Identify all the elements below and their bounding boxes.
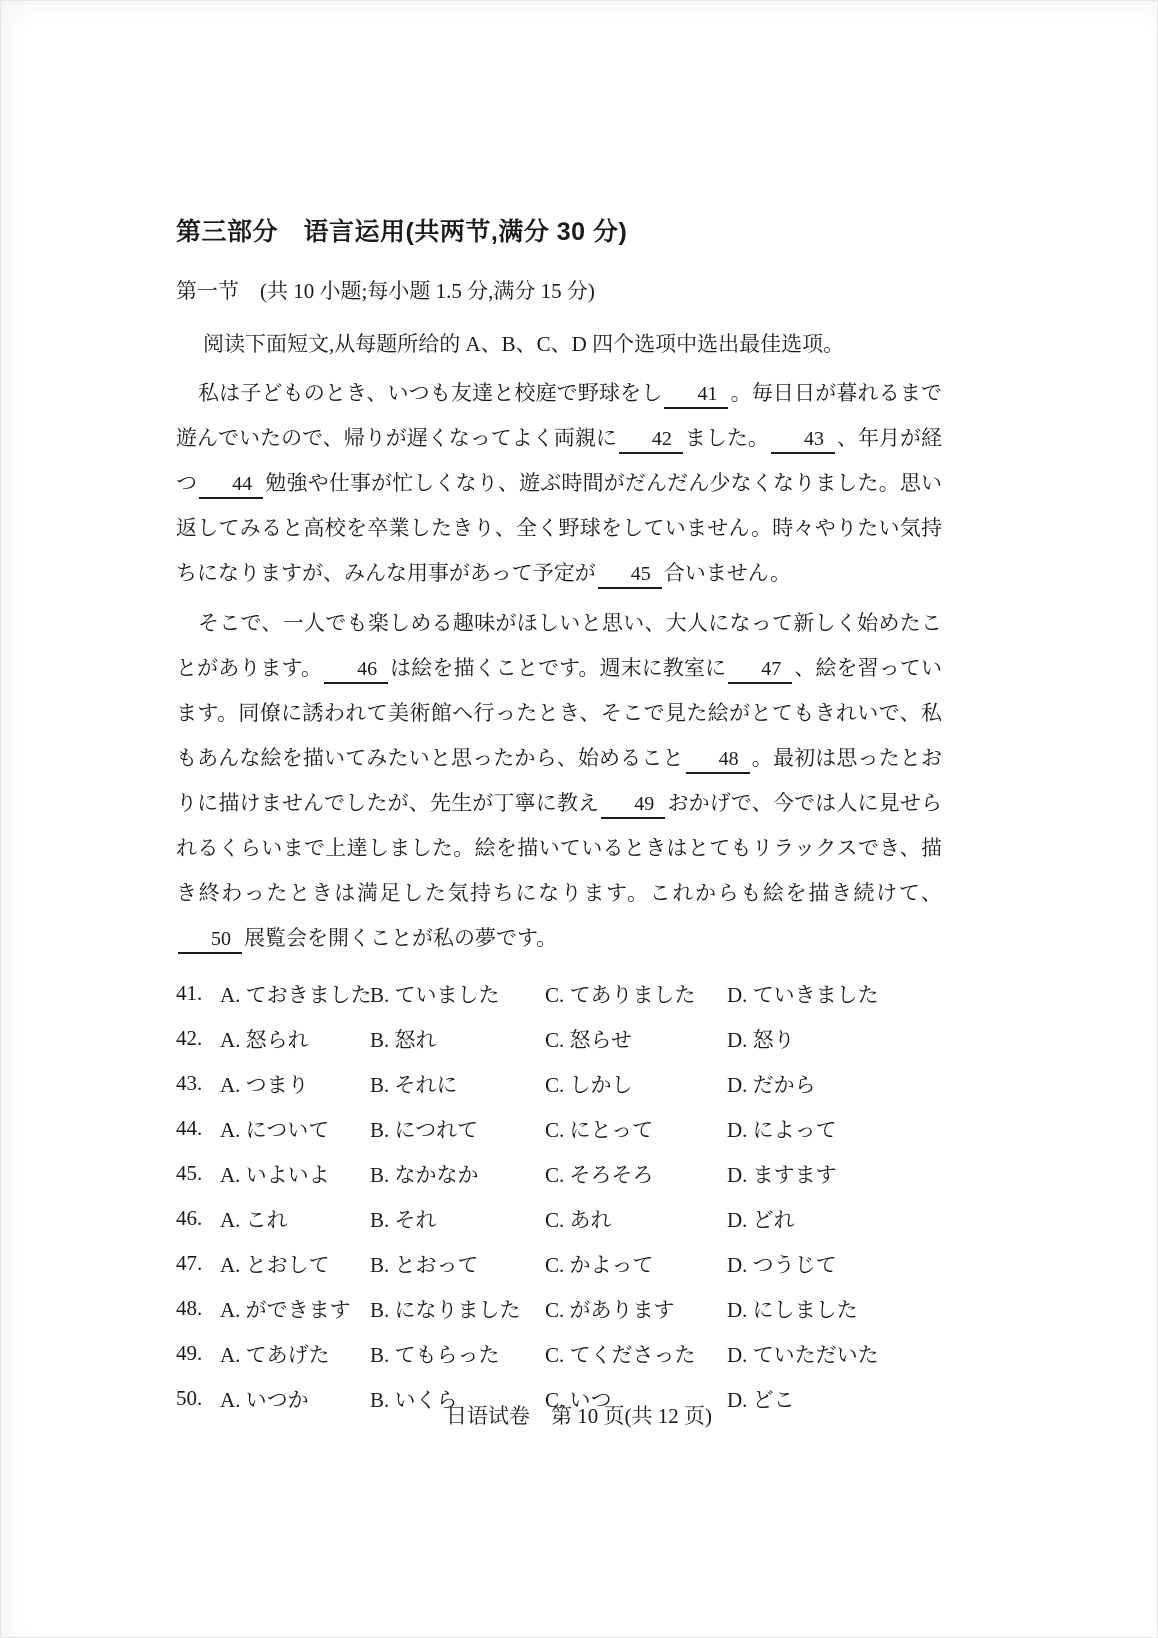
- option-c: C. にとって: [545, 1114, 727, 1144]
- option-d: D. どれ: [727, 1204, 942, 1234]
- option-d: D. ていきました: [727, 979, 942, 1009]
- option-c: C. しかし: [545, 1069, 727, 1099]
- question-row-49: 49.A. てあげたB. てもらったC. てくださったD. ていただいた: [176, 1331, 942, 1376]
- question-row-48: 48.A. ができますB. になりましたC. がありますD. にしました: [176, 1286, 942, 1331]
- question-number: 45.: [176, 1161, 220, 1186]
- option-a: A. ておきました: [220, 979, 370, 1009]
- option-c: C. てありました: [545, 979, 727, 1009]
- question-number: 47.: [176, 1251, 220, 1276]
- cloze-blank-44: 44: [199, 472, 263, 499]
- option-d: D. つうじて: [727, 1249, 942, 1279]
- question-row-42: 42.A. 怒られB. 怒れC. 怒らせD. 怒り: [176, 1016, 942, 1061]
- option-c: C. かよって: [545, 1249, 727, 1279]
- section-header: 第一节 (共 10 小题;每小题 1.5 分,满分 15 分): [176, 275, 942, 305]
- option-c: C. あれ: [545, 1204, 727, 1234]
- question-number: 41.: [176, 981, 220, 1006]
- passage-paragraph: そこで、一人でも楽しめる趣味がほしいと思い、大人になって新しく始めたことがありま…: [176, 601, 942, 961]
- option-a: A. てあげた: [220, 1339, 370, 1369]
- option-b: B. 怒れ: [370, 1024, 545, 1054]
- question-number: 43.: [176, 1071, 220, 1096]
- option-d: D. 怒り: [727, 1024, 942, 1054]
- option-a: A. 怒られ: [220, 1024, 370, 1054]
- page-footer: 日语试卷 第 10 页(共 12 页): [0, 1400, 1158, 1430]
- cloze-blank-41: 41: [664, 382, 728, 409]
- option-c: C. 怒らせ: [545, 1024, 727, 1054]
- option-a: A. とおして: [220, 1249, 370, 1279]
- question-list: 41.A. ておきましたB. ていましたC. てありましたD. ていきました42…: [176, 971, 942, 1421]
- question-number: 46.: [176, 1206, 220, 1231]
- passage-paragraph: 私は子どものとき、いつも友達と校庭で野球をし41。毎日日が暮れるまで遊んでいたの…: [176, 371, 942, 596]
- option-a: A. これ: [220, 1204, 370, 1234]
- question-row-41: 41.A. ておきましたB. ていましたC. てありましたD. ていきました: [176, 971, 942, 1016]
- question-row-43: 43.A. つまりB. それにC. しかしD. だから: [176, 1061, 942, 1106]
- cloze-blank-43: 43: [771, 427, 835, 454]
- cloze-blank-45: 45: [598, 562, 662, 589]
- question-row-45: 45.A. いよいよB. なかなかC. そろそろD. ますます: [176, 1151, 942, 1196]
- exam-page-content: 第三部分 语言运用(共两节,满分 30 分) 第一节 (共 10 小题;每小题 …: [176, 0, 942, 1421]
- question-number: 49.: [176, 1341, 220, 1366]
- option-a: A. つまり: [220, 1069, 370, 1099]
- cloze-blank-47: 47: [728, 657, 792, 684]
- option-b: B. につれて: [370, 1114, 545, 1144]
- option-c: C. があります: [545, 1294, 727, 1324]
- question-row-47: 47.A. とおしてB. とおってC. かよってD. つうじて: [176, 1241, 942, 1286]
- option-c: C. てくださった: [545, 1339, 727, 1369]
- cloze-blank-50: 50: [178, 927, 242, 954]
- option-b: B. ていました: [370, 979, 545, 1009]
- question-number: 48.: [176, 1296, 220, 1321]
- option-d: D. によって: [727, 1114, 942, 1144]
- option-b: B. になりました: [370, 1294, 545, 1324]
- question-row-44: 44.A. についてB. につれてC. にとってD. によって: [176, 1106, 942, 1151]
- option-b: B. とおって: [370, 1249, 545, 1279]
- option-b: B. てもらった: [370, 1339, 545, 1369]
- cloze-blank-49: 49: [601, 792, 665, 819]
- option-c: C. そろそろ: [545, 1159, 727, 1189]
- option-d: D. だから: [727, 1069, 942, 1099]
- option-d: D. にしました: [727, 1294, 942, 1324]
- cloze-blank-48: 48: [686, 747, 750, 774]
- option-d: D. ていただいた: [727, 1339, 942, 1369]
- cloze-blank-42: 42: [619, 427, 683, 454]
- option-b: B. それに: [370, 1069, 545, 1099]
- passage: 私は子どものとき、いつも友達と校庭で野球をし41。毎日日が暮れるまで遊んでいたの…: [176, 371, 942, 961]
- option-a: A. について: [220, 1114, 370, 1144]
- option-a: A. いよいよ: [220, 1159, 370, 1189]
- question-row-46: 46.A. これB. それC. あれD. どれ: [176, 1196, 942, 1241]
- option-a: A. ができます: [220, 1294, 370, 1324]
- question-number: 42.: [176, 1026, 220, 1051]
- question-number: 44.: [176, 1116, 220, 1141]
- option-d: D. ますます: [727, 1159, 942, 1189]
- option-b: B. それ: [370, 1204, 545, 1234]
- option-b: B. なかなか: [370, 1159, 545, 1189]
- instruction-text: 阅读下面短文,从每题所给的 A、B、C、D 四个选项中选出最佳选项。: [176, 328, 942, 358]
- part-header: 第三部分 语言运用(共两节,满分 30 分): [176, 212, 942, 248]
- cloze-blank-46: 46: [324, 657, 388, 684]
